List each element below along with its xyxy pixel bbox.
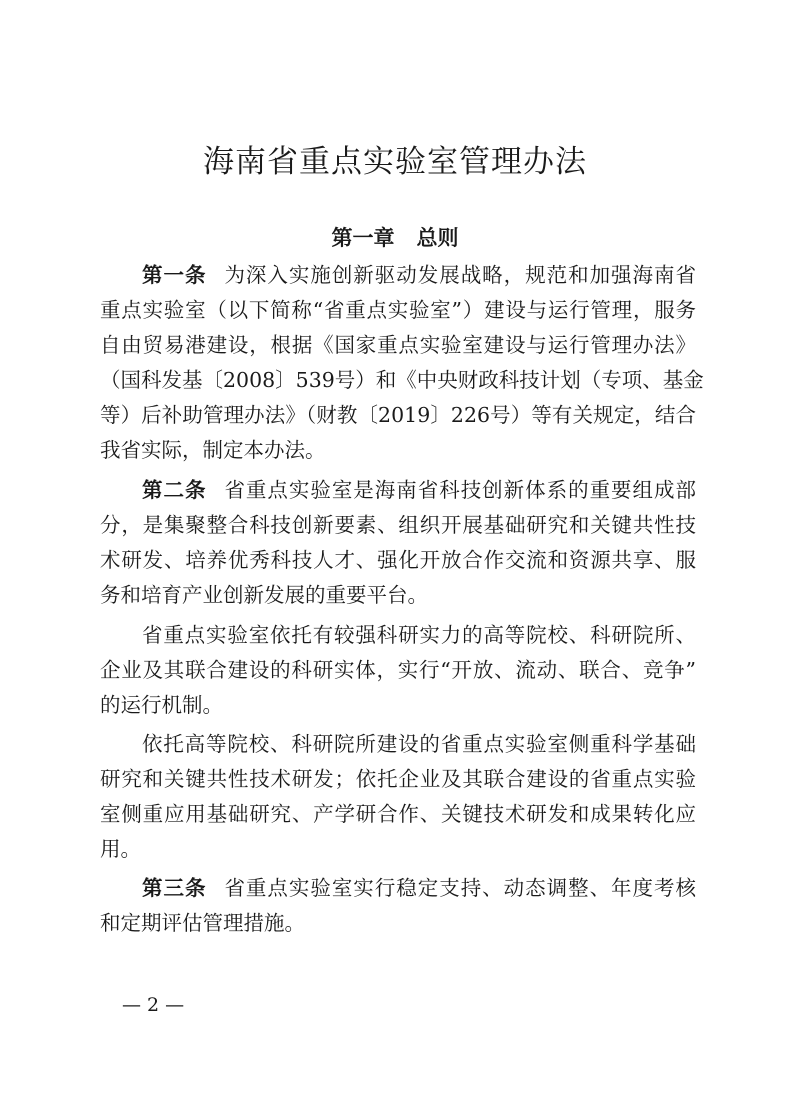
paragraph-line: 用。 bbox=[100, 832, 696, 867]
paragraph-3: 省重点实验室依托有较强科研实力的高等院校、科研院所、 企业及其联合建设的科研实体… bbox=[100, 618, 696, 723]
chapter-name: 总则 bbox=[417, 226, 459, 250]
paragraph-line: 和定期评估管理措施。 bbox=[100, 906, 696, 941]
paragraph-line: 务和培育产业创新发展的重要平台。 bbox=[100, 578, 696, 613]
paragraph-line: 术研发、培养优秀科技人才、强化开放合作交流和资源共享、服 bbox=[100, 543, 696, 578]
paragraph-line: 企业及其联合建设的科研实体，实行“开放、流动、联合、竞争” bbox=[100, 653, 696, 688]
document-title: 海南省重点实验室管理办法 bbox=[0, 140, 790, 184]
article-2: 第二条省重点实验室是海南省科技创新体系的重要组成部 分，是集聚整合科技创新要素、… bbox=[100, 473, 696, 613]
paragraph-line: （国科发基〔2008〕539号）和《中央财政科技计划（专项、基金 bbox=[100, 363, 696, 398]
article-1: 第一条为深入实施创新驱动发展战略，规范和加强海南省 重点实验室（以下简称“省重点… bbox=[100, 258, 696, 468]
paragraph-line: 依托高等院校、科研院所建设的省重点实验室侧重科学基础 bbox=[100, 727, 696, 762]
paragraph-line: 分，是集聚整合科技创新要素、组织开展基础研究和关键共性技 bbox=[100, 508, 696, 543]
paragraph-line: 第三条省重点实验室实行稳定支持、动态调整、年度考核 bbox=[100, 871, 696, 906]
document-page: 海南省重点实验室管理办法 第一章总则 第一条为深入实施创新驱动发展战略，规范和加… bbox=[0, 0, 790, 1115]
article-label: 第一条 bbox=[142, 263, 206, 287]
paragraph-line: 我省实际，制定本办法。 bbox=[100, 433, 696, 468]
paragraph-line: 自由贸易港建设，根据《国家重点实验室建设与运行管理办法》 bbox=[100, 328, 696, 363]
paragraph-line: 省重点实验室依托有较强科研实力的高等院校、科研院所、 bbox=[100, 618, 696, 653]
paragraph-line: 第一条为深入实施创新驱动发展战略，规范和加强海南省 bbox=[100, 258, 696, 293]
chapter-heading: 第一章总则 bbox=[0, 222, 790, 254]
paragraph-line: 研究和关键共性技术研发；依托企业及其联合建设的省重点实验 bbox=[100, 762, 696, 797]
paragraph-line: 室侧重应用基础研究、产学研合作、关键技术研发和成果转化应 bbox=[100, 797, 696, 832]
chapter-number: 第一章 bbox=[332, 226, 395, 250]
article-label: 第三条 bbox=[142, 876, 206, 900]
page-number: — 2 — bbox=[122, 990, 184, 1020]
paragraph-4: 依托高等院校、科研院所建设的省重点实验室侧重科学基础 研究和关键共性技术研发；依… bbox=[100, 727, 696, 867]
paragraph-line: 的运行机制。 bbox=[100, 688, 696, 723]
paragraph-line: 等）后补助管理办法》（财教〔2019〕226号）等有关规定，结合 bbox=[100, 398, 696, 433]
article-label: 第二条 bbox=[142, 478, 206, 502]
paragraph-line: 重点实验室（以下简称“省重点实验室”）建设与运行管理，服务 bbox=[100, 293, 696, 328]
article-3: 第三条省重点实验室实行稳定支持、动态调整、年度考核 和定期评估管理措施。 bbox=[100, 871, 696, 941]
paragraph-line: 第二条省重点实验室是海南省科技创新体系的重要组成部 bbox=[100, 473, 696, 508]
